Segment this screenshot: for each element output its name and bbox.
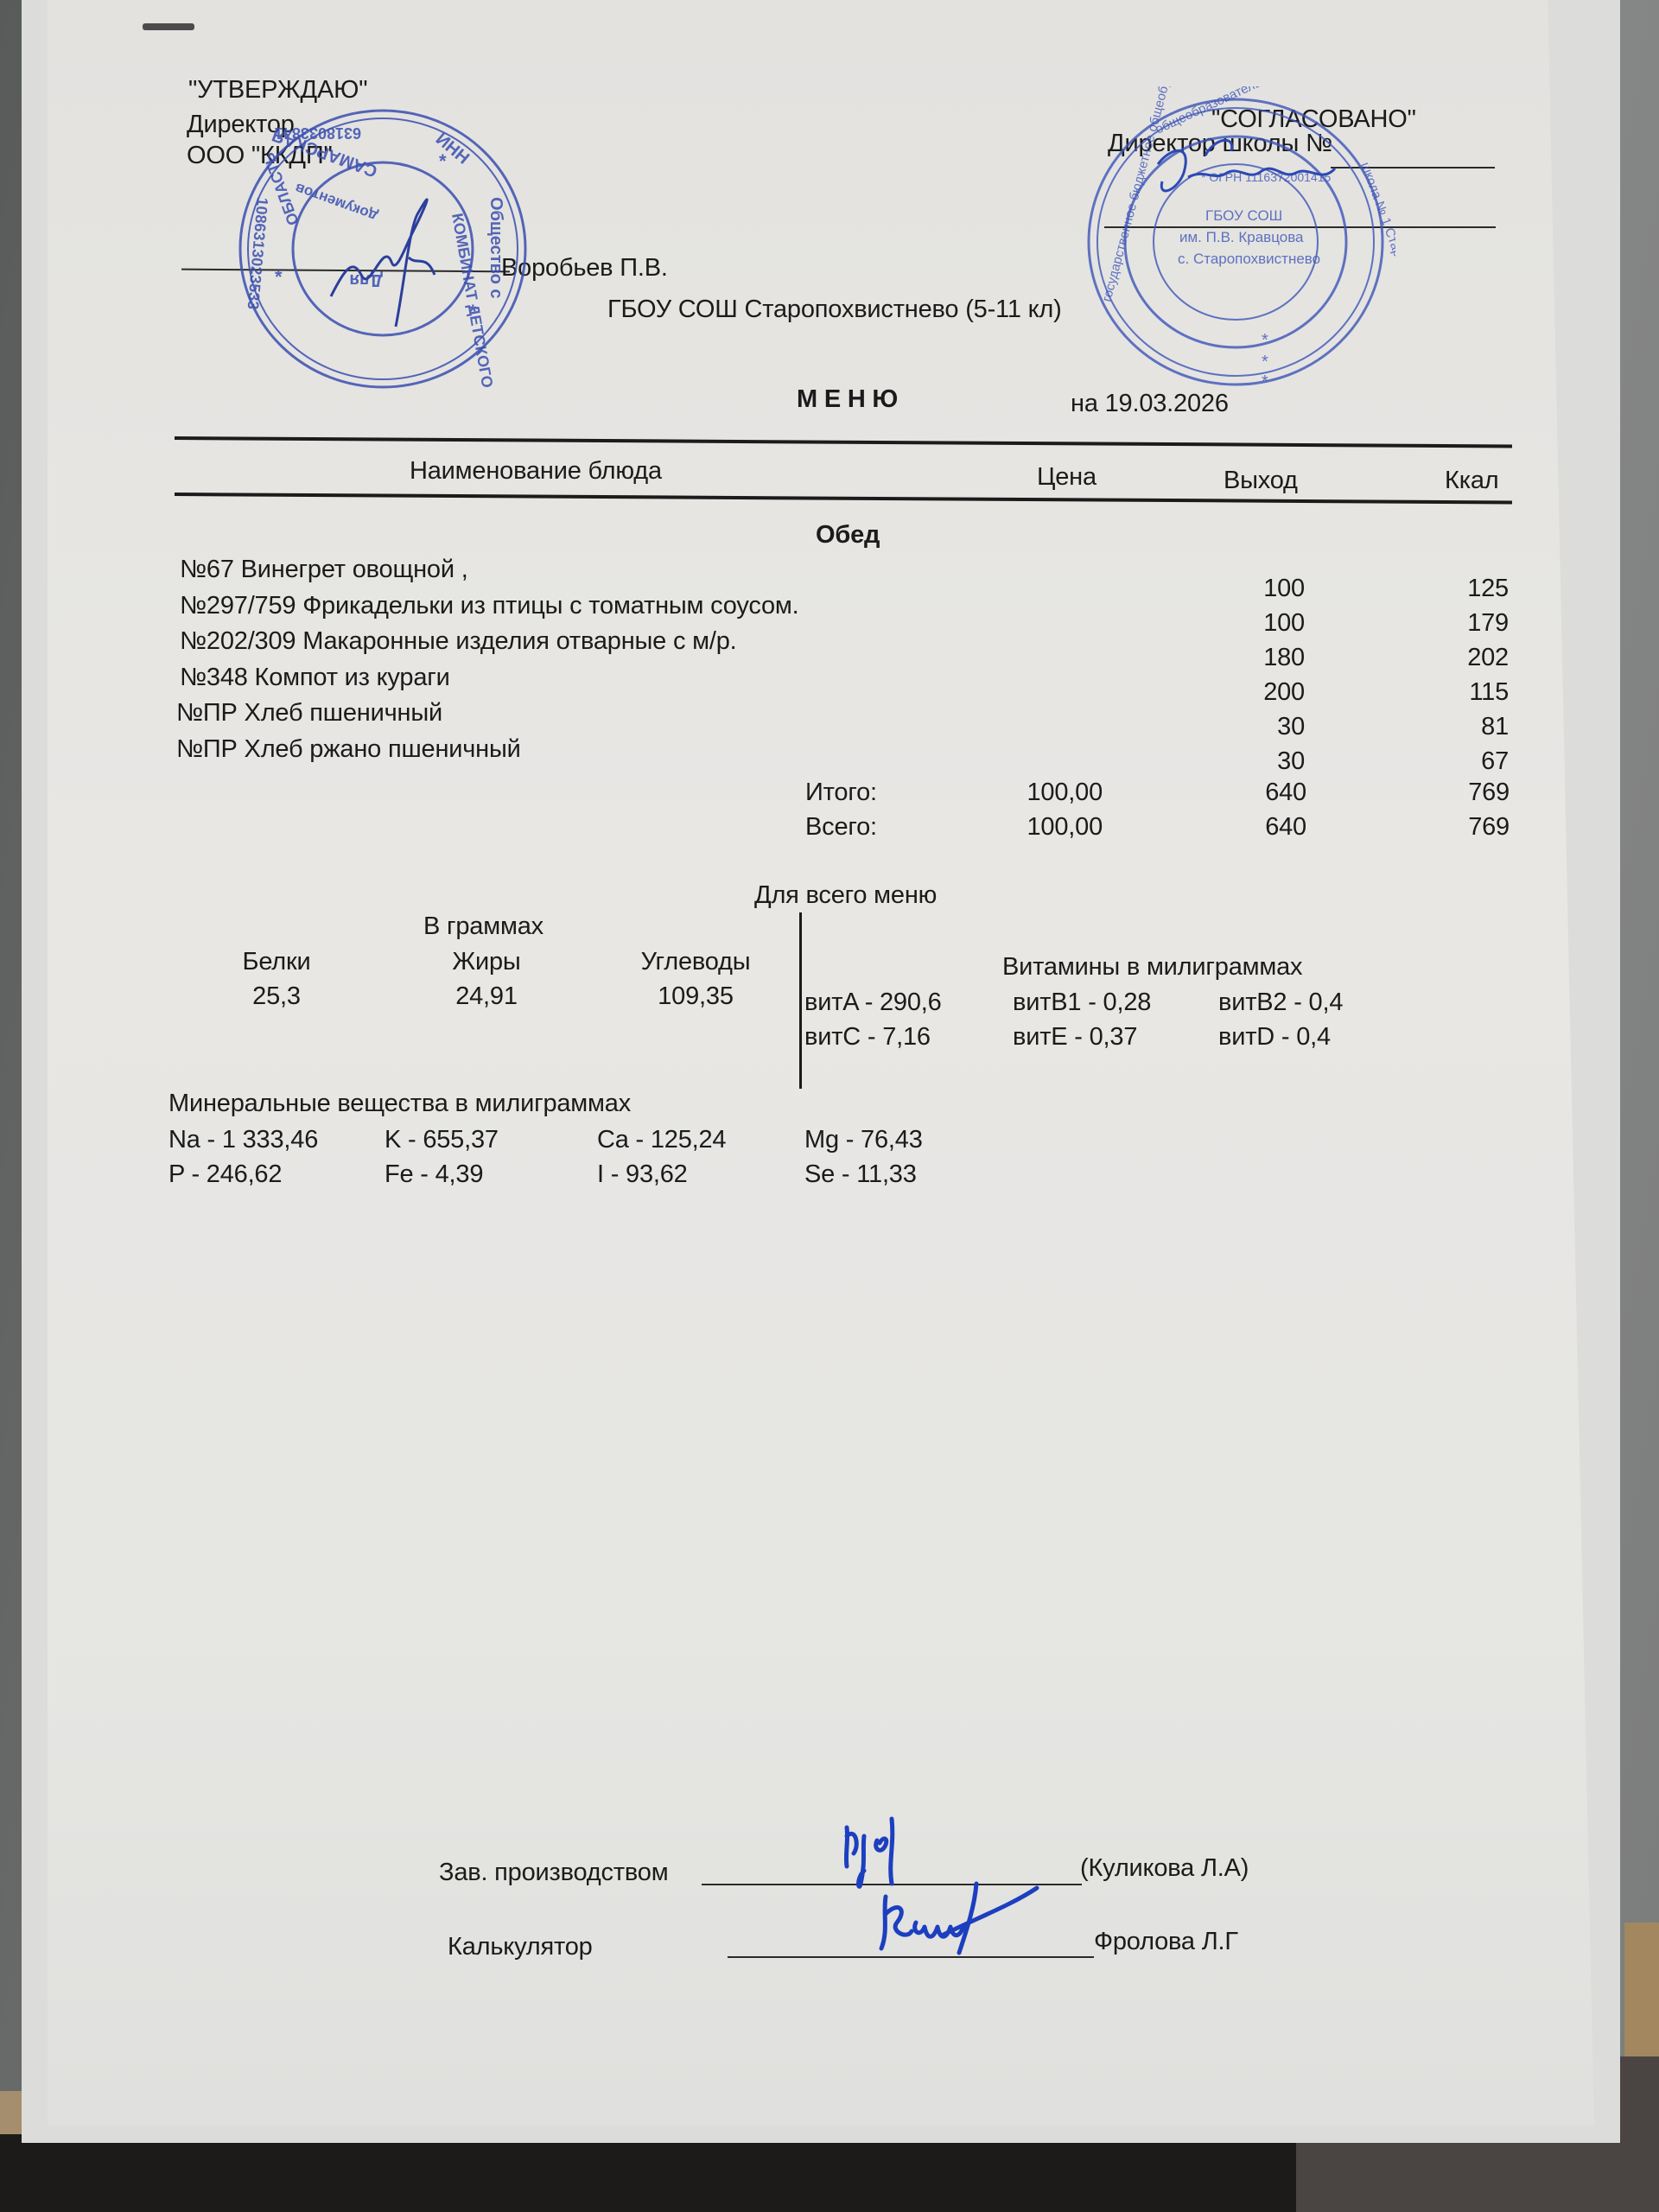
svg-text:общеобразовательное учреждение: общеобразовательное учреждение: [1154, 86, 1352, 137]
dish-kcal: 202: [1417, 645, 1509, 671]
school-stamp: ГБОУ СОШ им. П.В. Кравцова с. Старопохви…: [1076, 86, 1395, 397]
staple-mark: [143, 23, 194, 30]
dish-yield: 200: [1210, 680, 1305, 705]
dish-yield: 100: [1210, 576, 1305, 601]
macro-fat-label: Жиры: [426, 950, 547, 975]
svg-text:*: *: [469, 301, 477, 322]
dish-kcal: 81: [1417, 715, 1509, 740]
dish-kcal: 67: [1417, 749, 1509, 774]
svg-text:ИНН: ИНН: [432, 130, 473, 168]
mineral-value: P - 246,62: [168, 1162, 282, 1187]
signature-name-calculator: Фролова Л.Г: [1094, 1929, 1238, 1955]
mineral-value: Mg - 76,43: [804, 1128, 923, 1153]
svg-text:*: *: [1262, 353, 1268, 372]
svg-text:Общество с: Общество с: [486, 197, 505, 299]
vitamin-value: витD - 0,4: [1218, 1025, 1331, 1050]
macro-carbs-label: Углеводы: [631, 950, 760, 975]
mineral-value: Fe - 4,39: [385, 1162, 483, 1187]
dish-kcal: 115: [1417, 680, 1509, 705]
mineral-value: I - 93,62: [597, 1162, 688, 1187]
macro-protein-value: 25,3: [216, 984, 337, 1009]
vitamin-value: витA - 290,6: [804, 990, 942, 1015]
dish-name: №ПР Хлеб пшеничный: [176, 701, 442, 726]
menu-date: на 19.03.2026: [1071, 391, 1229, 416]
dish-name: №348 Компот из кураги: [180, 665, 450, 690]
approval-heading: "УТВЕРЖДАЮ": [188, 78, 367, 103]
subtotal-label: Итого:: [805, 780, 877, 805]
vitamin-value: витB1 - 0,28: [1013, 990, 1151, 1015]
nutrition-heading: Для всего меню: [754, 883, 937, 908]
macros-unit: В граммах: [423, 914, 543, 939]
signature-role-production: Зав. производством: [439, 1860, 668, 1885]
vitamins-heading: Витамины в милиграммах: [1002, 955, 1302, 980]
vitamin-value: витC - 7,16: [804, 1025, 931, 1050]
dish-yield: 100: [1210, 611, 1305, 636]
subtotal-yield: 640: [1210, 780, 1306, 805]
svg-text:им. П.В. Кравцова: им. П.В. Кравцова: [1179, 229, 1304, 245]
svg-text:*: *: [1262, 331, 1268, 350]
dish-name: №297/759 Фрикадельки из птицы с томатным…: [180, 594, 799, 619]
total-price: 100,00: [968, 815, 1103, 840]
company-stamp: ИНН 6318033841 САМАРСКАЯ ОБЛАСТЬ 1086313…: [232, 102, 534, 396]
minerals-heading: Минеральные вещества в милиграммах: [168, 1091, 631, 1116]
dish-yield: 180: [1210, 645, 1305, 671]
nutrition-divider: [799, 912, 802, 1089]
column-header-kcal: Ккал: [1445, 468, 1498, 493]
vitamin-value: витB2 - 0,4: [1218, 990, 1343, 1015]
svg-text:ГБОУ СОШ: ГБОУ СОШ: [1205, 207, 1282, 224]
macro-carbs-value: 109,35: [631, 984, 760, 1009]
svg-text:*: *: [439, 150, 447, 172]
dish-yield: 30: [1210, 715, 1305, 740]
mineral-value: K - 655,37: [385, 1128, 499, 1153]
dish-name: №67 Винегрет овощной ,: [180, 557, 468, 582]
total-kcal: 769: [1417, 815, 1510, 840]
menu-title: М Е Н Ю: [797, 387, 898, 412]
svg-text:*: *: [275, 266, 283, 288]
macro-protein-label: Белки: [216, 950, 337, 975]
mineral-value: Ca - 125,24: [597, 1128, 726, 1153]
subtotal-kcal: 769: [1417, 780, 1510, 805]
mineral-value: Se - 11,33: [804, 1162, 917, 1187]
total-label: Всего:: [805, 815, 877, 840]
dish-kcal: 125: [1417, 576, 1509, 601]
column-header-price: Цена: [1037, 465, 1096, 490]
total-yield: 640: [1210, 815, 1306, 840]
svg-text:*: *: [1262, 372, 1268, 391]
section-lunch: Обед: [816, 523, 880, 548]
dish-kcal: 179: [1417, 611, 1509, 636]
dish-yield: 30: [1210, 749, 1305, 774]
dish-name: №ПР Хлеб ржано пшеничный: [176, 737, 521, 762]
dish-name: №202/309 Макаронные изделия отварные с м…: [180, 629, 737, 654]
signature-role-calculator: Калькулятор: [448, 1935, 593, 1960]
svg-text:с. Старопохвистнево: с. Старопохвистнево: [1178, 251, 1320, 267]
macro-fat-value: 24,91: [426, 984, 547, 1009]
column-header-name: Наименование блюда: [410, 459, 662, 484]
mineral-value: Na - 1 333,46: [168, 1128, 318, 1153]
school-name: ГБОУ СОШ Старопохвистнево (5-11 кл): [607, 297, 1062, 322]
signature-name-production: (Куликова Л.А): [1080, 1856, 1249, 1881]
handwritten-signatures: [829, 1802, 1054, 1970]
column-header-yield: Выход: [1224, 468, 1298, 493]
subtotal-price: 100,00: [968, 780, 1103, 805]
vitamin-value: витE - 0,37: [1013, 1025, 1137, 1050]
